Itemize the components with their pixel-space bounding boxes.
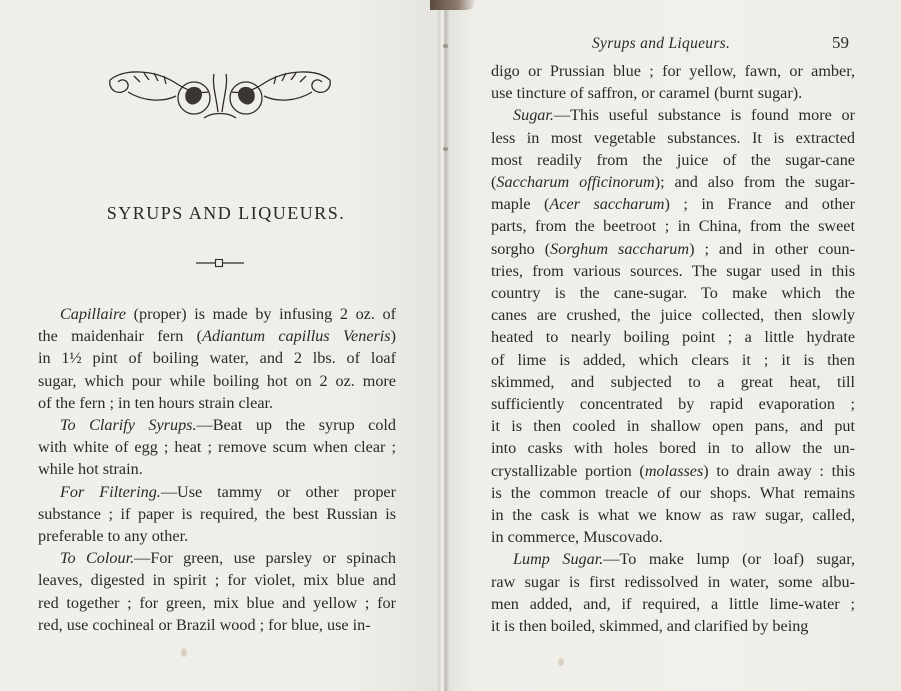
text-line: men added, and, if required, a little li… xyxy=(491,593,855,615)
text-line: Sugar.—This useful substance is found mo… xyxy=(491,104,855,126)
text-line: tries, from various sources. The sugar u… xyxy=(491,260,855,282)
paper-stain xyxy=(558,658,564,666)
text-line: red, use cochineal or Brazil wood ; for … xyxy=(38,614,396,636)
text-line: it is then cooled in shallow open pans, … xyxy=(491,415,855,437)
text-run: digo or Prussian blue ; for yellow, fawn… xyxy=(491,62,855,80)
page-number: 59 xyxy=(832,33,849,53)
text-line: heated to nearly boiling point ; a littl… xyxy=(491,326,855,348)
section-divider-icon xyxy=(196,258,246,268)
text-run: skimmed, and subjected to a great heat, … xyxy=(491,373,855,391)
text-run: in commerce, Muscovado. xyxy=(491,528,663,546)
text-line: the maidenhair fern (Adiantum capillus V… xyxy=(38,325,396,347)
text-line: To Colour.—For green, use parsley or spi… xyxy=(38,547,396,569)
text-run: country is the cane-sugar. To make which… xyxy=(491,284,855,302)
page-corner-shadow xyxy=(430,0,476,10)
text-line: in the cask is what we know as raw sugar… xyxy=(491,504,855,526)
paragraph-for-filtering: For Filtering.—Use tammy or other proper… xyxy=(38,481,396,548)
italic-term: Saccharum officinorum xyxy=(496,173,654,191)
text-run: while hot strain. xyxy=(38,460,143,478)
book-gutter xyxy=(438,0,450,691)
text-run: ); and also from the sugar- xyxy=(655,173,855,191)
text-run: leaves, digested in spirit ; for violet,… xyxy=(38,571,396,589)
text-line: digo or Prussian blue ; for yellow, fawn… xyxy=(491,60,855,82)
text-line: skimmed, and subjected to a great heat, … xyxy=(491,371,855,393)
text-run: canes are crushed, the juice collected, … xyxy=(491,306,855,324)
text-line: most readily from the juice of the sugar… xyxy=(491,149,855,171)
text-line: less in most vegetable substances. It is… xyxy=(491,127,855,149)
text-line: red together ; for green, mix blue and y… xyxy=(38,592,396,614)
italic-term: Lump Sugar. xyxy=(513,550,603,568)
text-run: red together ; for green, mix blue and y… xyxy=(38,594,396,612)
right-page-body-text: digo or Prussian blue ; for yellow, fawn… xyxy=(491,60,855,637)
text-line: in 1½ pint of boiling water, and 2 lbs. … xyxy=(38,347,396,369)
binding-stitch xyxy=(443,44,448,48)
text-line: Lump Sugar.—To make lump (or loaf) sugar… xyxy=(491,548,855,570)
text-line: it is then boiled, skimmed, and clarifie… xyxy=(491,615,855,637)
italic-term: To Clarify Syrups. xyxy=(60,416,197,434)
text-run: use tincture of saffron, or caramel (bur… xyxy=(491,84,802,102)
text-line: of lime is added, which clears it ; it i… xyxy=(491,349,855,371)
text-line: To Clarify Syrups.—Beat up the syrup col… xyxy=(38,414,396,436)
text-line: preferable to any other. xyxy=(38,525,396,547)
text-run: men added, and, if required, a little li… xyxy=(491,595,855,613)
italic-term: To Colour. xyxy=(60,549,134,567)
text-run: ) to drain away : this xyxy=(703,462,855,480)
text-line: while hot strain. xyxy=(38,458,396,480)
italic-term: Capillaire xyxy=(60,305,126,323)
text-run: sorgho ( xyxy=(491,240,550,258)
text-run: of the fern ; in ten hours strain clear. xyxy=(38,394,273,412)
text-run: into casks with holes bored in to allow … xyxy=(491,439,855,457)
text-run: with white of egg ; heat ; remove scum w… xyxy=(38,438,396,456)
text-run: parts, from the beetroot ; in China, fro… xyxy=(491,217,855,235)
text-run: heated to nearly boiling point ; a littl… xyxy=(491,328,855,346)
text-run: most readily from the juice of the sugar… xyxy=(491,151,855,169)
paragraph: digo or Prussian blue ; for yellow, fawn… xyxy=(491,60,855,104)
text-run: —Beat up the syrup cold xyxy=(197,416,397,434)
italic-term: Acer saccharum xyxy=(549,195,664,213)
text-run: of lime is added, which clears it ; it i… xyxy=(491,351,855,369)
italic-term: Sorghum saccharum xyxy=(550,240,689,258)
text-run: maple ( xyxy=(491,195,549,213)
text-line: canes are crushed, the juice collected, … xyxy=(491,304,855,326)
text-line: into casks with holes bored in to allow … xyxy=(491,437,855,459)
text-line: substance ; if paper is required, the be… xyxy=(38,503,396,525)
paper-stain xyxy=(181,648,187,657)
running-head: Syrups and Liqueurs. xyxy=(592,35,730,53)
text-line: with white of egg ; heat ; remove scum w… xyxy=(38,436,396,458)
text-line: maple (Acer saccharum) ; in France and o… xyxy=(491,193,855,215)
text-run: it is then boiled, skimmed, and clarifie… xyxy=(491,617,808,635)
text-run: in 1½ pint of boiling water, and 2 lbs. … xyxy=(38,349,396,367)
text-line: sufficiently concentrated by rapid evapo… xyxy=(491,393,855,415)
italic-term: Sugar. xyxy=(513,106,554,124)
paragraph-to-clarify-syrups: To Clarify Syrups.—Beat up the syrup col… xyxy=(38,414,396,481)
text-line: sorgho (Sorghum saccharum) ; and in othe… xyxy=(491,238,855,260)
text-run: sugar, which pour while boiling hot on 2… xyxy=(38,372,396,390)
text-run: ) xyxy=(391,327,396,345)
text-run: less in most vegetable substances. It is… xyxy=(491,129,855,147)
text-run: raw sugar is first redissolved in water,… xyxy=(491,573,855,591)
text-run: preferable to any other. xyxy=(38,527,188,545)
text-run: —This useful substance is found more or xyxy=(554,106,855,124)
paragraph-sugar: Sugar.—This useful substance is found mo… xyxy=(491,104,855,548)
text-run: crystallizable portion ( xyxy=(491,462,645,480)
text-line: (Saccharum officinorum); and also from t… xyxy=(491,171,855,193)
italic-term: Adiantum capillus Veneris xyxy=(202,327,391,345)
text-run: sufficiently concentrated by rapid evapo… xyxy=(491,395,855,413)
floral-ornament-icon xyxy=(104,62,336,122)
text-run: ) ; and in other coun- xyxy=(689,240,855,258)
paragraph-lump-sugar: Lump Sugar.—To make lump (or loaf) sugar… xyxy=(491,548,855,637)
text-line: raw sugar is first redissolved in water,… xyxy=(491,571,855,593)
text-run: —For green, use parsley or spinach xyxy=(134,549,396,567)
text-run: red, use cochineal or Brazil wood ; for … xyxy=(38,616,371,634)
text-run: the maidenhair fern ( xyxy=(38,327,202,345)
text-run: substance ; if paper is required, the be… xyxy=(38,505,396,523)
text-run: —Use tammy or other proper xyxy=(161,483,396,501)
text-line: sugar, which pour while boiling hot on 2… xyxy=(38,370,396,392)
text-run: is the common treacle of our shops. What… xyxy=(491,484,855,502)
text-line: parts, from the beetroot ; in China, fro… xyxy=(491,215,855,237)
italic-term: For Filtering. xyxy=(60,483,161,501)
text-run: (proper) is made by infusing 2 oz. of xyxy=(126,305,396,323)
text-line: country is the cane-sugar. To make which… xyxy=(491,282,855,304)
text-run: it is then cooled in shallow open pans, … xyxy=(491,417,855,435)
text-line: in commerce, Muscovado. xyxy=(491,526,855,548)
text-line: crystallizable portion (molasses) to dra… xyxy=(491,460,855,482)
italic-term: molasses xyxy=(645,462,703,480)
paragraph: Capillaire (proper) is made by infusing … xyxy=(38,303,396,414)
left-page-body-text: Capillaire (proper) is made by infusing … xyxy=(38,303,396,636)
text-run: tries, from various sources. The sugar u… xyxy=(491,262,855,280)
text-line: is the common treacle of our shops. What… xyxy=(491,482,855,504)
text-run: —To make lump (or loaf) sugar, xyxy=(603,550,855,568)
paragraph-to-colour: To Colour.—For green, use parsley or spi… xyxy=(38,547,396,636)
chapter-title: SYRUPS AND LIQUEURS. xyxy=(96,203,356,224)
text-run: ) ; in France and other xyxy=(664,195,855,213)
text-line: For Filtering.—Use tammy or other proper xyxy=(38,481,396,503)
binding-stitch xyxy=(443,147,448,151)
text-line: of the fern ; in ten hours strain clear. xyxy=(38,392,396,414)
text-line: Capillaire (proper) is made by infusing … xyxy=(38,303,396,325)
text-line: use tincture of saffron, or caramel (bur… xyxy=(491,82,855,104)
text-line: leaves, digested in spirit ; for violet,… xyxy=(38,569,396,591)
text-run: in the cask is what we know as raw sugar… xyxy=(491,506,855,524)
